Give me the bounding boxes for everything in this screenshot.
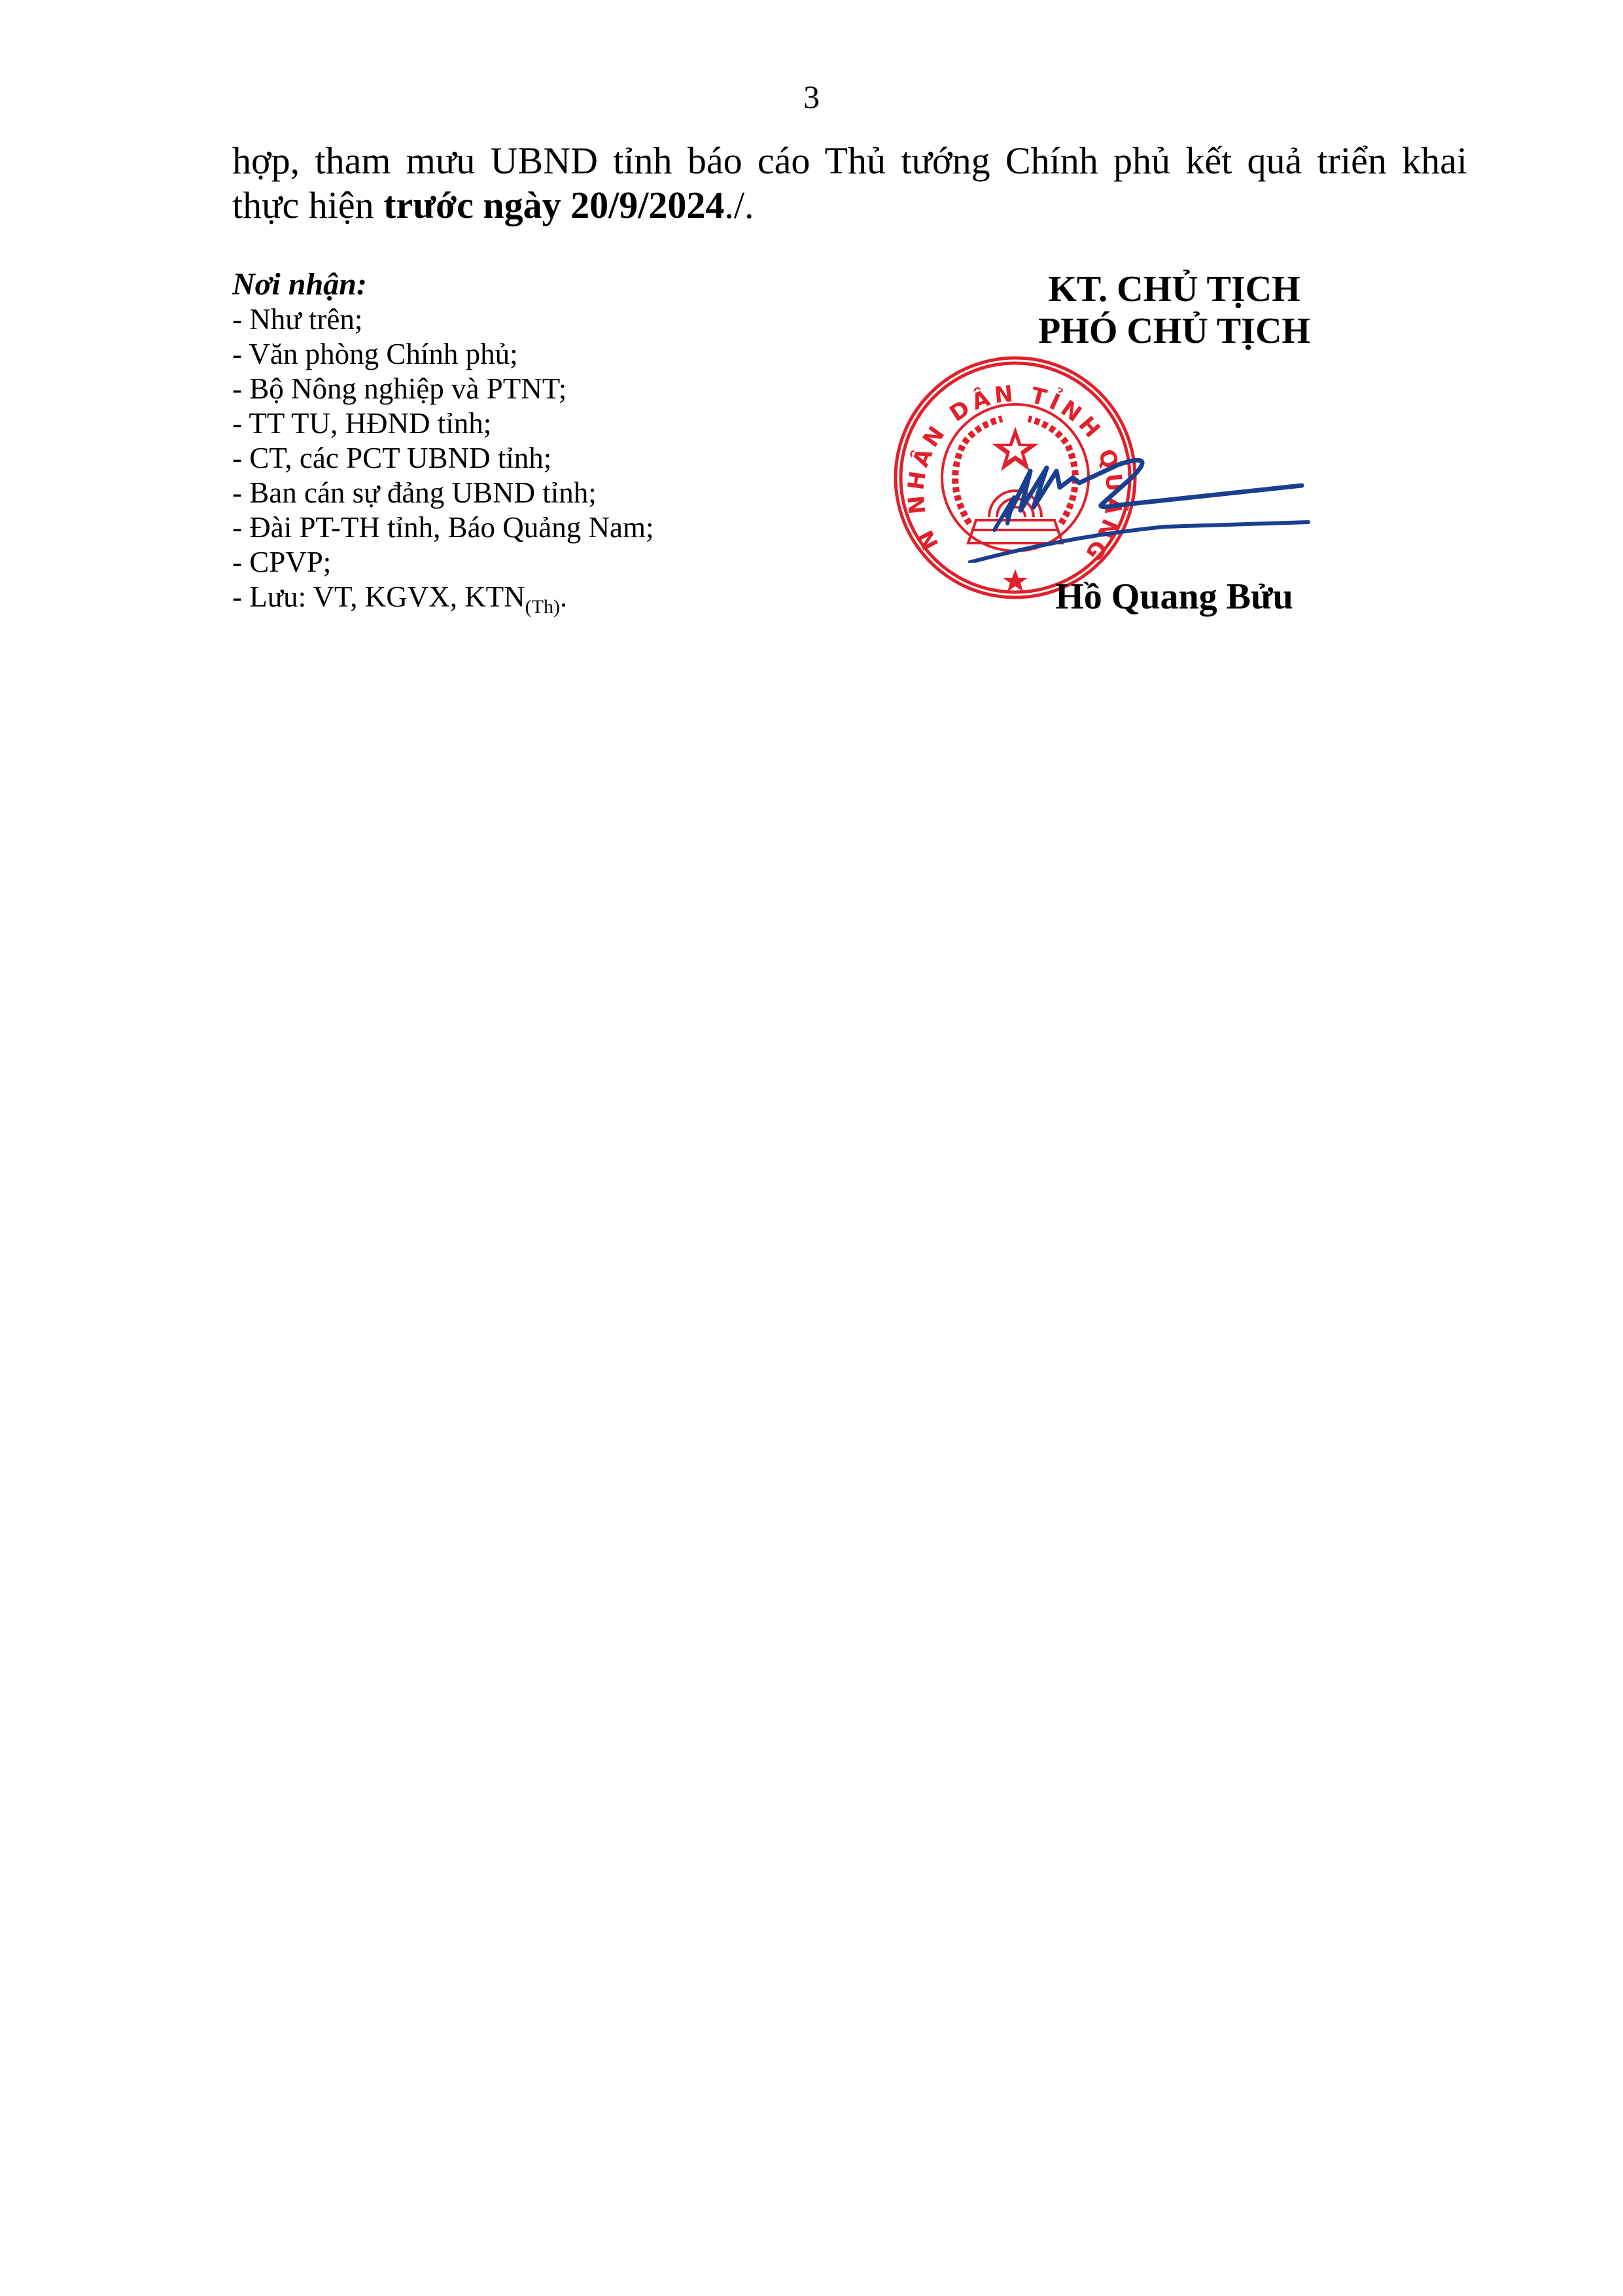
archive-label: - Lưu: VT, KGVX, KTN bbox=[232, 580, 525, 613]
body-line-1: hợp, tham mưu UBND tỉnh báo cáo Thủ tướn… bbox=[232, 139, 1467, 183]
signature-title-block: KT. CHỦ TỊCH PHÓ CHỦ TỊCH bbox=[978, 268, 1370, 352]
recipient-item: - TT TU, HĐND tỉnh; bbox=[232, 406, 821, 441]
recipient-item: - CPVP; bbox=[232, 545, 821, 580]
body-line-2-prefix: thực hiện bbox=[232, 184, 383, 226]
recipient-item: - Như trên; bbox=[232, 302, 821, 337]
body-paragraph: hợp, tham mưu UBND tỉnh báo cáo Thủ tướn… bbox=[232, 139, 1467, 228]
page-number: 3 bbox=[0, 77, 1623, 116]
signer-title-line-2: PHÓ CHỦ TỊCH bbox=[978, 310, 1370, 352]
recipient-item-archive: - Lưu: VT, KGVX, KTN(Th). bbox=[232, 580, 821, 614]
deadline-text: trước ngày 20/9/2024 bbox=[383, 184, 724, 226]
handwritten-signature-icon bbox=[968, 432, 1361, 563]
recipients-block: Nơi nhận: - Như trên; - Văn phòng Chính … bbox=[232, 267, 821, 614]
recipients-list: - Như trên; - Văn phòng Chính phủ; - Bộ … bbox=[232, 302, 821, 614]
recipients-heading: Nơi nhận: bbox=[232, 267, 821, 302]
archive-end: . bbox=[560, 580, 567, 613]
body-line-2: thực hiện trước ngày 20/9/2024./. bbox=[232, 184, 754, 226]
signer-title-line-1: KT. CHỦ TỊCH bbox=[978, 268, 1370, 310]
recipient-item: - Ban cán sự đảng UBND tỉnh; bbox=[232, 476, 821, 510]
recipient-item: - CT, các PCT UBND tỉnh; bbox=[232, 441, 821, 476]
recipient-item: - Văn phòng Chính phủ; bbox=[232, 337, 821, 372]
body-line-2-suffix: ./. bbox=[724, 184, 754, 226]
archive-subscript: (Th) bbox=[525, 596, 560, 618]
signer-name: Hồ Quang Bửu bbox=[978, 576, 1370, 618]
recipient-item: - Bộ Nông nghiệp và PTNT; bbox=[232, 372, 821, 406]
recipient-item: - Đài PT-TH tỉnh, Báo Quảng Nam; bbox=[232, 510, 821, 545]
